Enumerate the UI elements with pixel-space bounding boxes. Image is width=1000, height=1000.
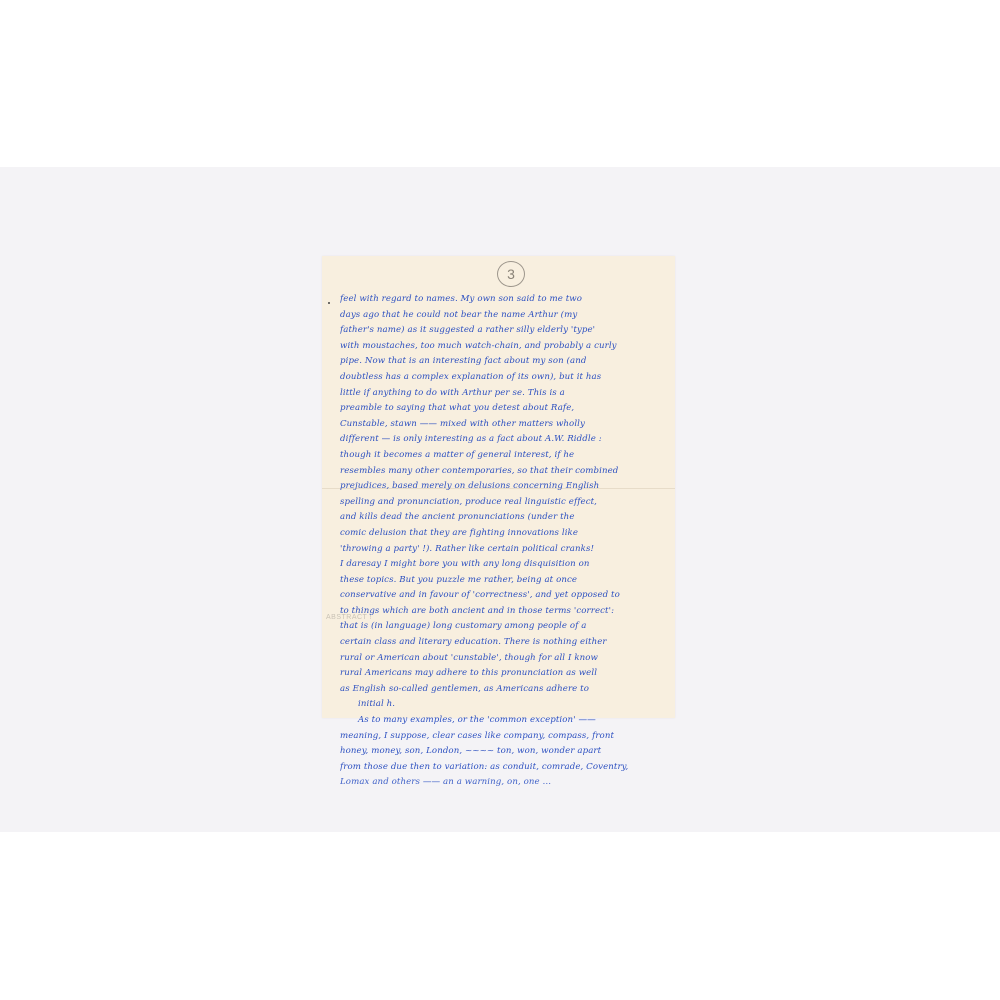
text-line: rural or American about 'cunstable', tho… <box>340 651 668 667</box>
text-line: certain class and literary education. Th… <box>340 635 668 651</box>
manuscript-page: 3 ABSTRACT ! feel with regard to names. … <box>322 256 675 718</box>
text-line: rural Americans may adhere to this pronu… <box>340 666 668 682</box>
text-line: prejudices, based merely on delusions co… <box>340 479 668 495</box>
text-line: and kills dead the ancient pronunciation… <box>340 510 668 526</box>
text-line: with moustaches, too much watch-chain, a… <box>340 339 668 355</box>
text-line: Cunstable, stawn —— mixed with other mat… <box>340 417 668 433</box>
text-line: conservative and in favour of 'correctne… <box>340 588 668 604</box>
text-line: resembles many other contemporaries, so … <box>340 464 668 480</box>
text-line: that is (in language) long customary amo… <box>340 619 668 635</box>
text-line: 'throwing a party' !). Rather like certa… <box>340 542 668 558</box>
text-line: though it becomes a matter of general in… <box>340 448 668 464</box>
text-line: spelling and pronunciation, produce real… <box>340 495 668 511</box>
text-line: days ago that he could not bear the name… <box>340 308 668 324</box>
text-line: I daresay I might bore you with any long… <box>340 557 668 573</box>
text-line: As to many examples, or the 'common exce… <box>340 713 668 729</box>
text-line: these topics. But you puzzle me rather, … <box>340 573 668 589</box>
text-line: preamble to saying that what you detest … <box>340 401 668 417</box>
punch-dot <box>328 302 330 304</box>
text-line: Lomax and others —— an a warning, on, on… <box>340 775 668 791</box>
page-number-circle: 3 <box>497 261 525 287</box>
text-line: honey, money, son, London, ~~~~ ton, won… <box>340 744 668 760</box>
text-line: initial h. <box>340 697 668 713</box>
text-line: different — is only interesting as a fac… <box>340 432 668 448</box>
text-line: feel with regard to names. My own son sa… <box>340 292 668 308</box>
text-line: meaning, I suppose, clear cases like com… <box>340 729 668 745</box>
text-line: doubtless has a complex explanation of i… <box>340 370 668 386</box>
text-line: to things which are both ancient and in … <box>340 604 668 620</box>
text-line: comic delusion that they are fighting in… <box>340 526 668 542</box>
text-line: little if anything to do with Arthur per… <box>340 386 668 402</box>
text-line: father's name) as it suggested a rather … <box>340 323 668 339</box>
text-line: as English so-called gentlemen, as Ameri… <box>340 682 668 698</box>
text-line: from those due then to variation: as con… <box>340 760 668 776</box>
handwritten-text: feel with regard to names. My own son sa… <box>340 292 668 791</box>
text-line: pipe. Now that is an interesting fact ab… <box>340 354 668 370</box>
